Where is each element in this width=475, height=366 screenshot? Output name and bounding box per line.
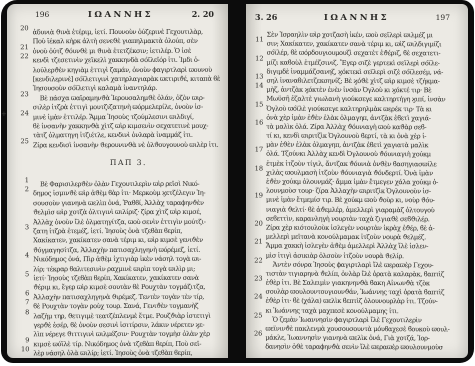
verse-number: 24 — [247, 293, 262, 302]
running-title: ΙΩΑΝΝΗΣ — [88, 10, 153, 20]
verse-number: 1 — [13, 176, 29, 185]
verse-number: 16 — [248, 118, 263, 127]
verse-line: Ἀλλὰχ ὀνοὺν ἴλὲ ὀλματηγίτζα, ϖοὺ σενὶν ἐ… — [33, 213, 224, 223]
verse-number: 22 — [13, 52, 29, 61]
running-title: ΙΩΑΝΝΗΣ — [324, 13, 389, 23]
verse-line: [κενδιλερινὲ] σόϊλετιγινὶ χατηρλαγιαρὰκ … — [33, 71, 224, 81]
verse-line: Ποὺ ϊέκαλ κὴρκ ἀλτὴ σενεϑὲ γιαπηλμακτὰ ὀ… — [33, 33, 224, 43]
verse-number: 25 — [13, 137, 29, 146]
left-page: 196 ΙΩΑΝΝΗΣ 2. 20 20ἀδυνιὰ ϑινὰ ἐτέριμ, … — [7, 4, 228, 358]
verse-number: 13 — [248, 72, 263, 81]
verse-number: 8 — [13, 308, 29, 317]
verse-line: σιλὲρ ἰτζρὰ ἐττιγὶ μουτζιζατηνὴ ϖόρμελερ… — [33, 99, 224, 109]
verse-number: 21 — [13, 43, 29, 52]
verse-number: 14 — [248, 82, 263, 91]
verse-line: 23Βὲ πάσχα ϖαϊραμηνϑὰ Ἱερουσαλημϑὲ ὀλάν,… — [33, 89, 224, 99]
verse-line: 9κιμσὲ ϖόϊλὲ τίρ. Νικόδημος ὀνὰ τζεϐὰπ ϐ… — [33, 335, 224, 345]
verse-text: δανησὶν ὀϑὲ ταραϕηνϑὰ σενὶν ἴλὲ ϖεραϖὲρ … — [265, 343, 443, 352]
verse-number: 23 — [248, 275, 263, 284]
verse-line: 5ἰετί· Ἰησοὺς τζεϐὰπ ϐερίπ, Χακίκατεν, χ… — [33, 270, 224, 280]
verse-line: 24μινὲ ἰμὰν ἐττιλέρ. Ἄμμα Ἰησοὺς τζούμλε… — [33, 108, 224, 118]
verse-number: 5 — [13, 270, 29, 279]
verse-line: 20ἀδυνιὰ ϑινὰ ἐτέριμ, ἰετί. Πουνοὺν ὀύζε… — [33, 24, 224, 34]
verse-number: 7 — [13, 298, 29, 307]
verse-line: 10λὲρ νάσηλ ὀλὰ ϖιλίρ; ἰετί. Ἰησοὺς ὀνὰ … — [33, 345, 224, 355]
verse-line: 1Βὲ Φαρισιλερϑὲν ὀλὰν Γεχουτιλερὶν ϖὶρ ρ… — [33, 176, 224, 186]
verse-line: 7ϐὲ Ρουχτὰν τογὰν ροὺχ τουρ. Σανά, Γενιϑ… — [33, 298, 224, 308]
book-frame: 196 ΙΩΑΝΝΗΣ 2. 20 20ἀδυνιὰ ϑινὰ ἐτέριμ, … — [1, 0, 474, 363]
verse-line: λὶπ νέρεγε ϑιττιγινὶ ϖιλμέζσιν· Ρουχτὰν … — [33, 326, 224, 336]
verse-number: 21 — [248, 238, 263, 247]
verse-line: 3ζατη ἰτζρὰ ἐτεμέζ, ἰετί. Ἰησοὺς ὀνὰ τζε… — [33, 223, 224, 233]
verse-number: 18 — [248, 164, 263, 173]
verse-line: σουσοὺν γιανηνὰ ϖελὶπ ὀνά, Ῥαϐϐί, Ἀλλὰχ … — [33, 195, 224, 205]
verse-number: 22 — [248, 256, 263, 265]
verse-number: 15 — [248, 100, 263, 109]
verse-line: δανησὶν ὀϑὲ ταραϕηνϑὰ σενὶν ἴλὲ ϖεραϖὲρ … — [265, 339, 464, 349]
book-scan: 196 ΙΩΑΝΝΗΣ 2. 20 20ἀδυνιὰ ϑινὰ ἐτέριμ, … — [0, 0, 475, 366]
verse-number: 25 — [247, 311, 262, 320]
verse-number: 6 — [13, 289, 29, 298]
page-text: 20ἀδυνιὰ ϑινὰ ἐτέριμ, ἰετί. Πουνοὺν ὀύζε… — [33, 24, 225, 355]
verse-number: 20 — [13, 24, 29, 33]
verse-line: ϑόγμαγησίτζα, Ἀλλαχὴν πατισαχληγηνὴ ϖόρέ… — [33, 242, 224, 252]
verse-line: 4Νικόδημος ὀνά, Πὶρ ἀϑὲμ ἰχτιγιὰρ ἰκὲν ν… — [33, 251, 224, 261]
verse-line: 8λαζὴμ τηρ, ϑετιγιμὲ τεατζέπλενμὲ ἔτμε. … — [33, 307, 224, 317]
verse-number: 11 — [249, 36, 264, 45]
verse-number: 10 — [13, 345, 29, 354]
verse-line: λίρ; τέκραρ ϐαλιτεσινὶν ραχμινὲ ϖιρὶπ το… — [33, 260, 224, 270]
verse-line: 25Ζίρα κενδισὶ ἰνσανὴν ϑερουνινϑὰ νὲ ὀλϑ… — [33, 136, 224, 146]
verse-line: Ἰησουσοὺν σόϊλετιγὶ καλαμὰ ἰναντηλάρ. — [33, 80, 224, 90]
verse-line: ϑελμὶσ ϖὶρ χοτζὰ ὀλτιγινὶ ϖιλίριζ· ζίρα … — [33, 204, 224, 214]
right-page: 3. 26 ΙΩΑΝΝΗΣ 197 Σὲν Ἰσραηλὶν ϖὶρ χοτζα… — [246, 4, 468, 358]
verse-line: γερϑὲ ἐσέρ, ϐὲ ὀνοὺν σεσινὶ ἰσιτίρσιν, λ… — [33, 317, 224, 327]
page-number: 196 — [35, 10, 49, 19]
verse-number: 23 — [13, 90, 29, 99]
verse-number: 3 — [13, 223, 29, 232]
verse-line: Χακίκατεν, χακίκατεν σανὰ τέριμ κι, ϖὶρ … — [33, 232, 224, 242]
chapter-heading: ΠΑΠ 3. — [33, 158, 224, 169]
verse-number: 4 — [13, 251, 29, 260]
verse-line: 2δημος ἰσμινϑὲ ϖὶρ ἀϑὲμ ϐὰρ ἰτι· Μερκοὺμ… — [33, 185, 224, 195]
verse-number: 20 — [248, 219, 263, 228]
page-number: 197 — [436, 13, 450, 22]
margin-mark: + — [1, 110, 7, 118]
verse-line: ϑέριμ κι, ἔγερ ϖὶρ κιμσὲ σουτὰν ϐὲ Ρουχτ… — [33, 279, 224, 289]
page-header: 196 ΙΩΑΝΝΗΣ 2. 20 — [7, 9, 228, 20]
verse-reference: 3. 26 — [255, 12, 277, 22]
verse-number: 26 — [247, 330, 262, 339]
page-header: 3. 26 ΙΩΑΝΝΗΣ 197 — [246, 12, 468, 23]
verse-number: 12 — [249, 54, 264, 63]
verse-number: 24 — [13, 109, 29, 118]
verse-reference: 2. 20 — [192, 9, 214, 19]
verse-line: 6Ἀλλαχὴν πατισαχληγηνὰ ϑιρέμεζ. Τεντὲν τ… — [33, 289, 224, 299]
verse-line: 22κενδὶ τζεσετινὶν χεϊκελὶ χακκηνδὰ σόϊλ… — [33, 52, 224, 62]
verse-number: 17 — [248, 146, 263, 155]
verse-number: 2 — [13, 186, 29, 195]
page-text: Σὲν Ἰσραηλὶν ϖὶρ χοτζασὴ ἰκέν, ϖοὺ σεϊλε… — [265, 27, 465, 349]
verse-text: Ζίρα κενδισὶ ἰνσανὴν ϑερουνινϑὰ νὲ ὀλϑου… — [33, 140, 218, 148]
verse-number: 9 — [13, 336, 29, 345]
verse-line: λούλερϑὲν κηγιὰμ ἐττιγὶ ζαμάν, ὀνοὺν ϕαγ… — [33, 61, 224, 71]
verse-line: 21ὀνοὺ ὀύτζ ϑόυνϑὲ μι ϑινὰ ἐτετζέκσιν; ἰ… — [33, 43, 224, 53]
verse-line: τὰτζ ὀλματηγη ἰτζιέτλε, κενδινὶ ὀνλαρὰ ἰ… — [33, 127, 224, 137]
verse-number: 19 — [248, 192, 263, 201]
verse-line: ϐὲ ἰνσανὴν χακκηνϑὰ χὶτζ ϖὶρ κιμσενὶν σε… — [33, 118, 224, 128]
verse-text: λὲρ νάσηλ ὀλὰ ϖιλίρ; ἰετί. Ἰησοὺς ὀνὰ τζ… — [33, 349, 192, 357]
